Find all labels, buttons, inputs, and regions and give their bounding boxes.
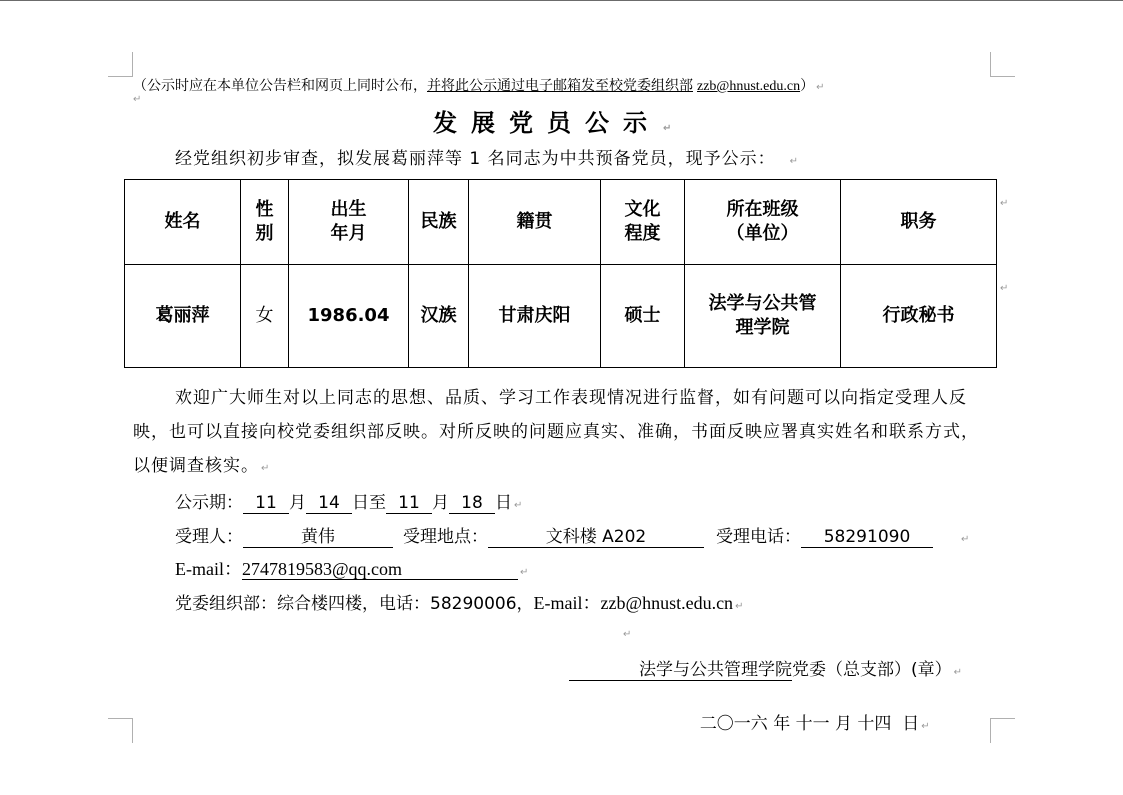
margin-corner-top-left <box>108 52 133 77</box>
contact-line: 受理人：黄伟受理地点：文科楼 A202受理电话：58291090↵ <box>175 522 969 548</box>
signature-unit: 法学与公共管理学院 <box>569 660 792 681</box>
org-dept-phone: 58290006 <box>430 594 517 614</box>
window-top-border <box>0 0 1123 1</box>
signature-date: 二〇一六 年 十一 月 十四 日↵ <box>689 689 930 734</box>
paragraph-mark-icon: ↵ <box>520 567 528 578</box>
notice-period: 公示期：11月14日至11月18日↵ <box>175 488 522 514</box>
publication-note: （公示时应在本单位公告栏和网页上同时公布，并将此公示通过电子邮箱发至校党委组织部… <box>133 75 824 95</box>
cell-name: 葛丽萍 <box>125 265 241 368</box>
cell-birth: 1986.04 <box>289 265 409 368</box>
signature-unit-line: 法学与公共管理学院党委（总支部）(章）↵ <box>569 655 962 681</box>
margin-corner-top-right <box>990 52 1015 77</box>
header-education: 文化 程度 <box>601 180 685 265</box>
header-birth: 出生 年月 <box>289 180 409 265</box>
margin-corner-bottom-left <box>108 718 133 743</box>
header-ethnicity: 民族 <box>409 180 469 265</box>
supervision-paragraph: 欢迎广大师生对以上同志的思想、品质、学习工作表现情况进行监督，如有问题可以向指定… <box>133 381 993 486</box>
contact-person: 黄伟 <box>243 527 393 548</box>
org-dept-line: 党委组织部：综合楼四楼，电话：58290006，E-mail：zzb@hnust… <box>175 589 743 615</box>
cell-gender: 女 <box>241 265 289 368</box>
cell-unit: 法学与公共管 理学院 <box>685 265 841 368</box>
note-email[interactable]: zzb@hnust.edu.cn <box>697 79 800 94</box>
start-month: 11 <box>243 493 289 514</box>
cell-ethnicity: 汉族 <box>409 265 469 368</box>
paragraph-mark-icon: ↵ <box>623 629 631 640</box>
paragraph-mark-icon: ↵ <box>133 94 141 105</box>
header-unit: 所在班级 （单位） <box>685 180 841 265</box>
margin-corner-bottom-right <box>990 718 1015 743</box>
note-suffix: ） <box>800 78 814 94</box>
page-title: 发展党员公示↵ <box>433 103 671 138</box>
paragraph-mark-icon: ↵ <box>961 534 969 545</box>
paragraph-mark-icon: ↵ <box>921 721 929 732</box>
paragraph-mark-icon: ↵ <box>514 500 522 511</box>
row-end-mark-icon: ↵ <box>1000 198 1008 209</box>
contact-email-line: E-mail：2747819583@qq.com↵ <box>175 555 528 581</box>
paragraph-mark-icon: ↵ <box>663 123 671 134</box>
contact-phone: 58291090 <box>801 527 933 548</box>
header-name: 姓名 <box>125 180 241 265</box>
paragraph-mark-icon: ↵ <box>954 667 962 678</box>
cell-position: 行政秘书 <box>841 265 997 368</box>
start-day: 14 <box>306 493 352 514</box>
note-prefix: （公示时应在本单位公告栏和网页上同时公布， <box>133 78 427 94</box>
row-end-mark-icon: ↵ <box>1000 283 1008 294</box>
header-hometown: 籍贯 <box>469 180 601 265</box>
note-underlined-text: 并将此公示通过电子邮箱发至校党委组织部 <box>427 78 693 94</box>
candidate-table: 姓名 性 别 出生 年月 民族 籍贯 文化 程度 所在班级 （单位） 职务 葛丽… <box>124 179 997 368</box>
cell-hometown: 甘肃庆阳 <box>469 265 601 368</box>
contact-place: 文科楼 A202 <box>488 527 704 548</box>
header-gender: 性 别 <box>241 180 289 265</box>
table-header-row: 姓名 性 别 出生 年月 民族 籍贯 文化 程度 所在班级 （单位） 职务 <box>125 180 997 265</box>
intro-text: 经党组织初步审查，拟发展葛丽萍等 1 名同志为中共预备党员，现予公示：↵ <box>175 144 799 169</box>
contact-email[interactable]: 2747819583@qq.com <box>242 559 518 580</box>
paragraph-mark-icon: ↵ <box>790 156 799 167</box>
table-row: 葛丽萍 女 1986.04 汉族 甘肃庆阳 硕士 法学与公共管 理学院 行政秘书 <box>125 265 997 368</box>
paragraph-mark-icon: ↵ <box>261 463 270 474</box>
cell-education: 硕士 <box>601 265 685 368</box>
end-month: 11 <box>386 493 432 514</box>
paragraph-mark-icon: ↵ <box>735 601 743 612</box>
paragraph-mark-icon: ↵ <box>816 82 824 93</box>
header-position: 职务 <box>841 180 997 265</box>
org-dept-email[interactable]: zzb@hnust.edu.cn <box>601 593 734 613</box>
end-day: 18 <box>449 493 495 514</box>
